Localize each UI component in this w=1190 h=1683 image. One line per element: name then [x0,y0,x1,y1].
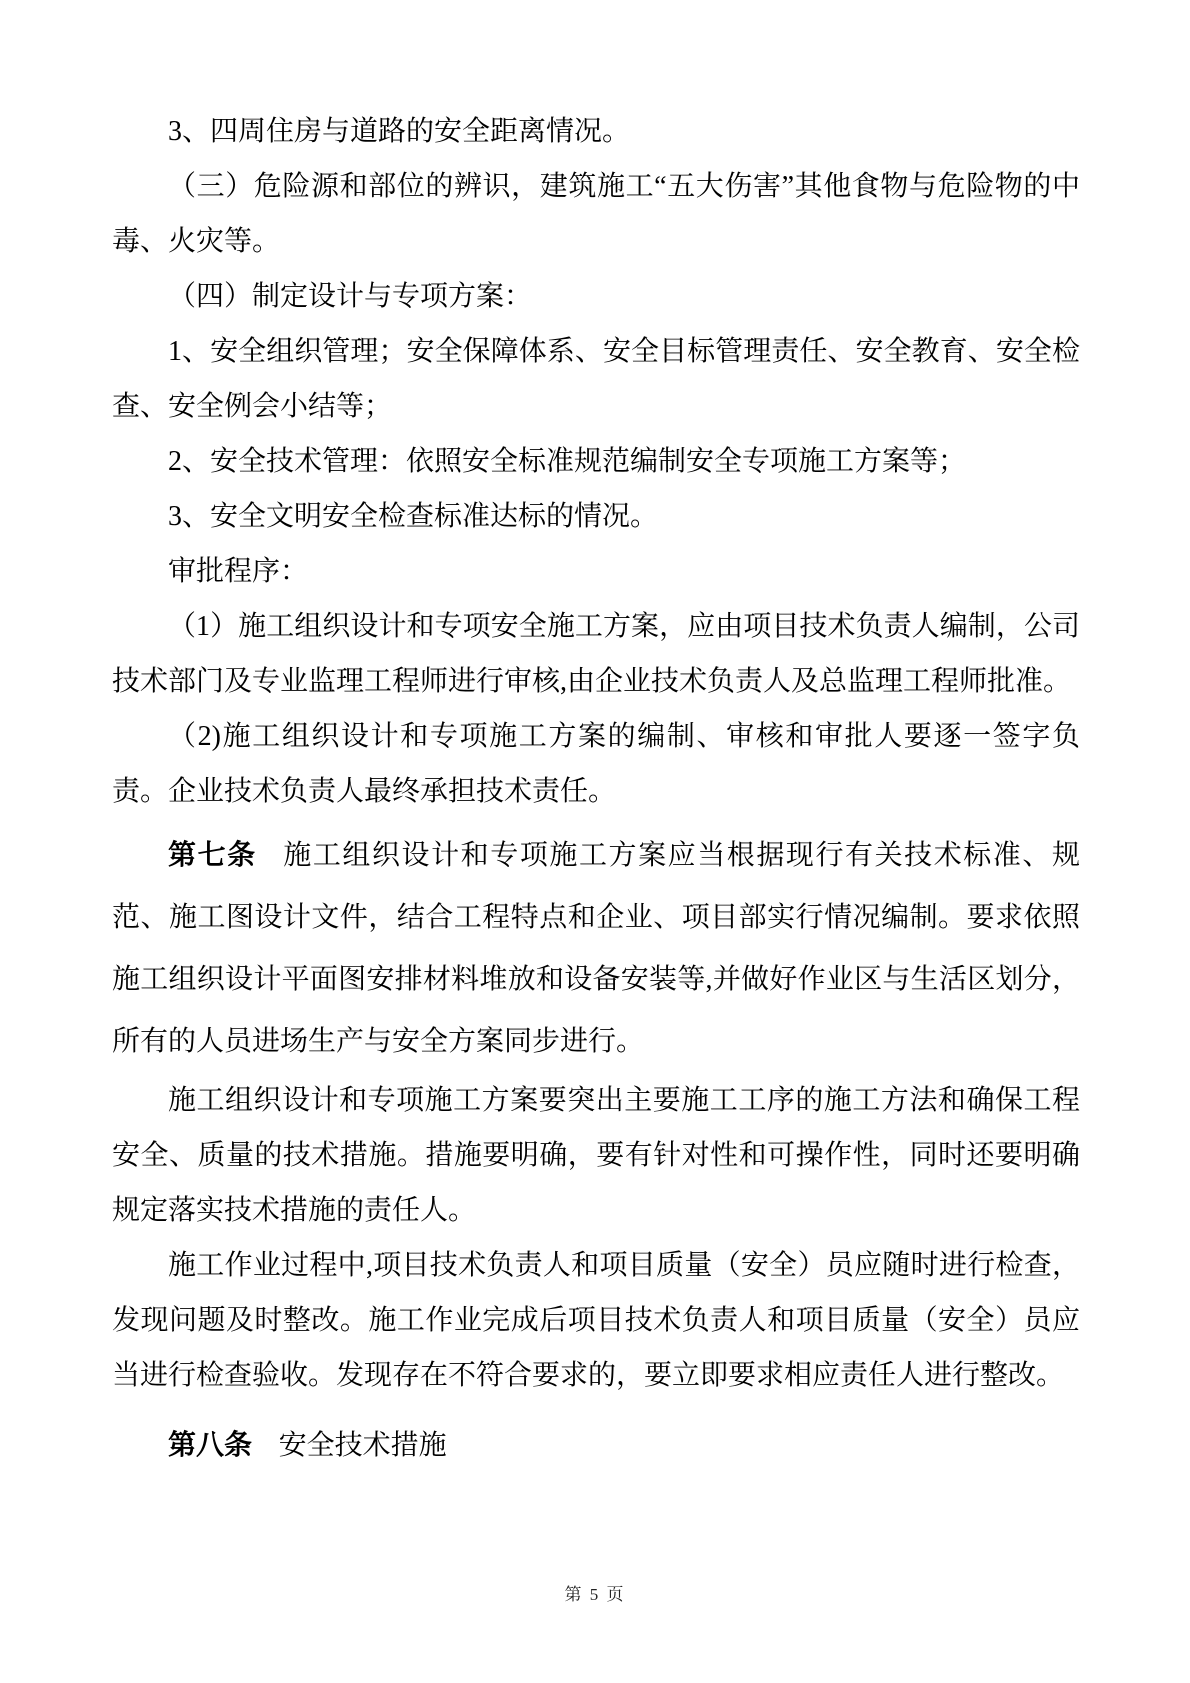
page-number: 第 5 页 [0,1580,1190,1605]
paragraph-text: 审批程序： [168,556,308,587]
paragraph-text: 3、安全文明安全检查标准达标的情况。 [168,501,658,532]
paragraph-text: 3、四周住房与道路的安全距离情况。 [168,116,630,147]
paragraph-approval-procedure-title: 审批程序： [112,544,1080,599]
paragraph-article-7: 第七条施工组织设计和专项施工方案应当根据现行有关技术标准、规范、施工图设计文件，… [112,825,1080,1073]
paragraph-item-3b: 3、安全文明安全检查标准达标的情况。 [112,489,1080,544]
paragraph-section-4: （四）制定设计与专项方案： [112,269,1080,324]
article-8-heading: 第八条 [168,1430,252,1461]
paragraph-text: 2、安全技术管理：依照安全标准规范编制安全专项施工方案等； [168,446,966,477]
paragraph-item-2: 2、安全技术管理：依照安全标准规范编制安全专项施工方案等； [112,434,1080,489]
paragraph-text: （1）施工组织设计和专项安全施工方案，应由项目技术负责人编制，公司技术部门及专业… [112,611,1080,697]
paragraph-procedure-2: （2)施工组织设计和专项施工方案的编制、审核和审批人要逐一签字负责。企业技术负责… [112,709,1080,819]
paragraph-article-7-cont-1: 施工组织设计和专项施工方案要突出主要施工工序的施工方法和确保工程安全、质量的技术… [112,1073,1080,1238]
paragraph-section-3: （三）危险源和部位的辨识，建筑施工“五大伤害”其他食物与危险物的中毒、火灾等。 [112,159,1080,269]
paragraph-item-1: 1、安全组织管理；安全保障体系、安全目标管理责任、安全教育、安全检查、安全例会小… [112,324,1080,434]
article-7-heading: 第七条 [168,840,257,871]
paragraph-item-3: 3、四周住房与道路的安全距离情况。 [112,104,1080,159]
paragraph-article-8: 第八条安全技术措施 [112,1418,1080,1473]
paragraph-procedure-1: （1）施工组织设计和专项安全施工方案，应由项目技术负责人编制，公司技术部门及专业… [112,599,1080,709]
paragraph-text: （四）制定设计与专项方案： [168,281,532,312]
paragraph-text: 施工作业过程中,项目技术负责人和项目质量（安全）员应随时进行检查，发现问题及时整… [112,1250,1080,1391]
paragraph-text: （2)施工组织设计和专项施工方案的编制、审核和审批人要逐一签字负责。企业技术负责… [112,721,1080,807]
paragraph-text: 1、安全组织管理；安全保障体系、安全目标管理责任、安全教育、安全检查、安全例会小… [112,336,1080,422]
document-page-body: 3、四周住房与道路的安全距离情况。 （三）危险源和部位的辨识，建筑施工“五大伤害… [112,104,1080,1473]
paragraph-text: （三）危险源和部位的辨识，建筑施工“五大伤害”其他食物与危险物的中毒、火灾等。 [112,171,1080,257]
paragraph-text: 施工组织设计和专项施工方案要突出主要施工工序的施工方法和确保工程安全、质量的技术… [112,1085,1080,1226]
paragraph-article-7-cont-2: 施工作业过程中,项目技术负责人和项目质量（安全）员应随时进行检查，发现问题及时整… [112,1238,1080,1403]
paragraph-text: 安全技术措施 [279,1430,447,1461]
paragraph-text: 施工组织设计和专项施工方案应当根据现行有关技术标准、规范、施工图设计文件，结合工… [112,840,1080,1057]
